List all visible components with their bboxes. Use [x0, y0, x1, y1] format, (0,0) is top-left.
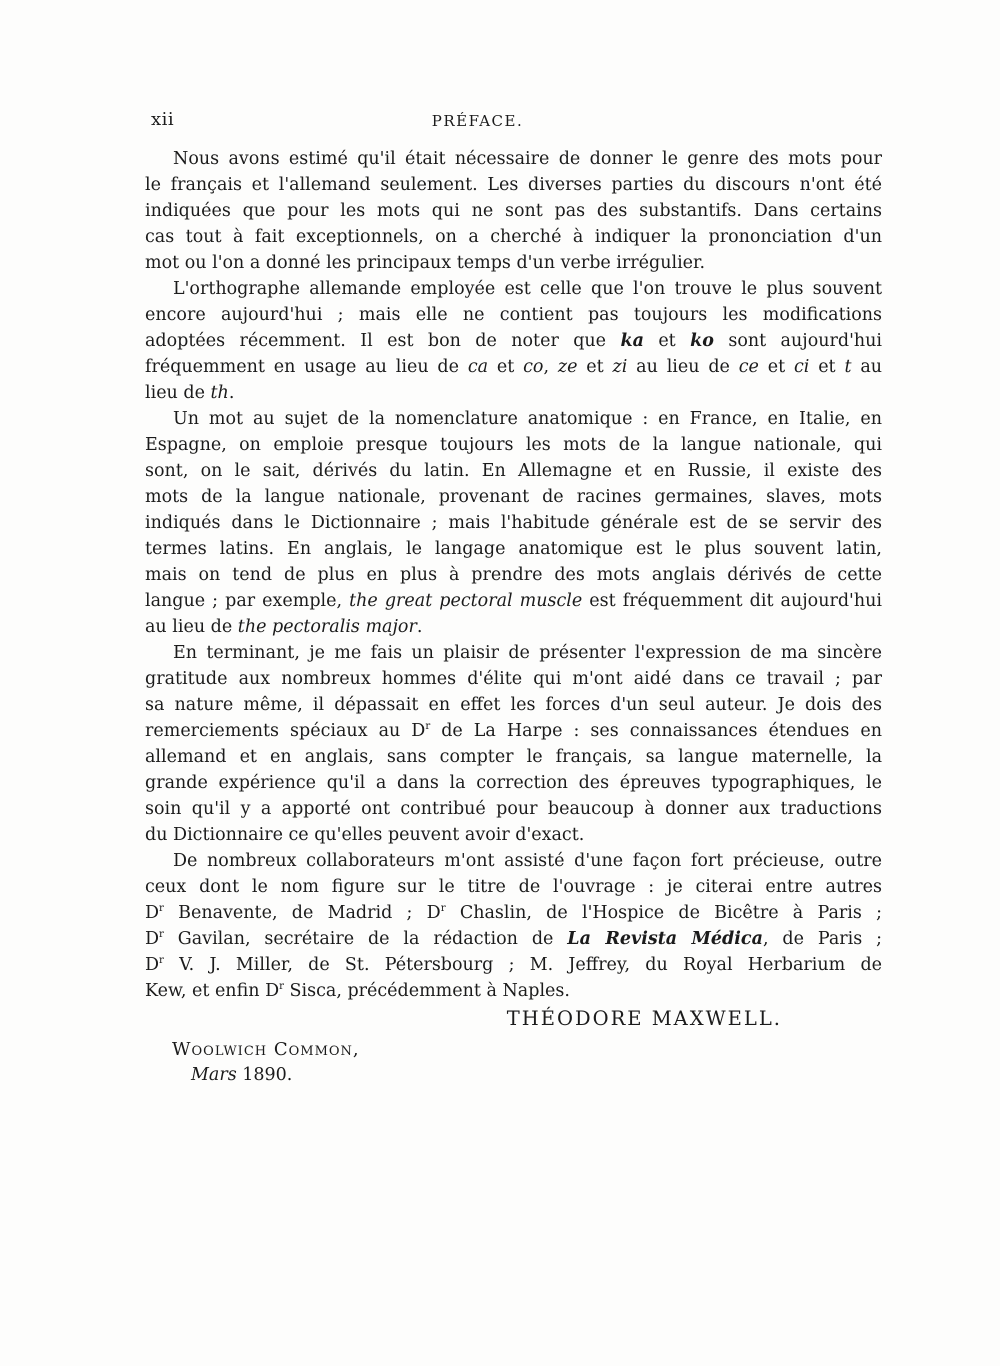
text-line: termes latins. En anglais, le langage an…: [145, 536, 882, 562]
text-line: fréquemment en usage au lieu de ca et co…: [145, 354, 882, 380]
text-line: grande expérience qu'il a dans la correc…: [145, 770, 882, 796]
text-line: ceux dont le nom figure sur le titre de …: [145, 874, 882, 900]
author-signature: THÉODORE MAXWELL.: [145, 1006, 882, 1032]
paragraph: Un mot au sujet de la nomenclature anato…: [145, 406, 882, 640]
paragraph: En terminant, je me fais un plaisir de p…: [145, 640, 882, 848]
text-line: adoptées récemment. Il est bon de noter …: [145, 328, 882, 354]
text-line: mot ou l'on a donné les principaux temps…: [145, 250, 882, 276]
text-line: Dr Benavente, de Madrid ; Dr Chaslin, de…: [145, 900, 882, 926]
text-line: indiqués dans le Dictionnaire ; mais l'h…: [145, 510, 882, 536]
text-line: L'orthographe allemande employée est cel…: [145, 276, 882, 302]
text-line: Dr V. J. Miller, de St. Pétersbourg ; M.…: [145, 952, 882, 978]
running-head-title: PRÉFACE.: [109, 112, 846, 130]
text-line: Espagne, on emploie presque toujours les…: [145, 432, 882, 458]
text-line: gratitude aux nombreux hommes d'élite qu…: [145, 666, 882, 692]
paragraph: L'orthographe allemande employée est cel…: [145, 276, 882, 406]
text-line: De nombreux collaborateurs m'ont assisté…: [145, 848, 882, 874]
text-line: Un mot au sujet de la nomenclature anato…: [145, 406, 882, 432]
book-page: xii PRÉFACE. Nous avons estimé qu'il éta…: [0, 0, 1000, 1366]
text-line: sont, on le sait, dérivés du latin. En A…: [145, 458, 882, 484]
text-line: lieu de th.: [145, 380, 882, 406]
paragraph: De nombreux collaborateurs m'ont assisté…: [145, 848, 882, 1004]
text-line: le français et l'allemand seulement. Les…: [145, 172, 882, 198]
text-line: allemand et en anglais, sans compter le …: [145, 744, 882, 770]
text-line: remerciements spéciaux au Dr de La Harpe…: [145, 718, 882, 744]
text-line: sa nature même, il dépassait en effet le…: [145, 692, 882, 718]
text-line: cas tout à fait exceptionnels, on a cher…: [145, 224, 882, 250]
text-line: encore aujourd'hui ; mais elle ne contie…: [145, 302, 882, 328]
text-line: mots de la langue nationale, provenant d…: [145, 484, 882, 510]
text-line: Nous avons estimé qu'il était nécessaire…: [145, 146, 882, 172]
footer-date-year: 1890.: [237, 1065, 293, 1085]
footer-date: Mars 1890.: [191, 1063, 292, 1087]
text-line: En terminant, je me fais un plaisir de p…: [145, 640, 882, 666]
text-line: Dr Gavilan, secrétaire de la rédaction d…: [145, 926, 882, 952]
page-header: xii PRÉFACE.: [145, 109, 882, 135]
footer-place: Woolwich Common,: [172, 1038, 360, 1062]
paragraph: Nous avons estimé qu'il était nécessaire…: [145, 146, 882, 276]
text-line: soin qu'il y a apporté ont contribué pou…: [145, 796, 882, 822]
text-line: langue ; par exemple, the great pectoral…: [145, 588, 882, 614]
text-line: indiquées que pour les mots qui ne sont …: [145, 198, 882, 224]
text-line: mais on tend de plus en plus à prendre d…: [145, 562, 882, 588]
footer-date-month: Mars: [191, 1065, 237, 1085]
text-line: du Dictionnaire ce qu'elles peuvent avoi…: [145, 822, 882, 848]
text-line: Kew, et enfin Dr Sisca, précédemment à N…: [145, 978, 882, 1004]
text-line: au lieu de the pectoralis major.: [145, 614, 882, 640]
body-text: Nous avons estimé qu'il était nécessaire…: [145, 146, 882, 1004]
